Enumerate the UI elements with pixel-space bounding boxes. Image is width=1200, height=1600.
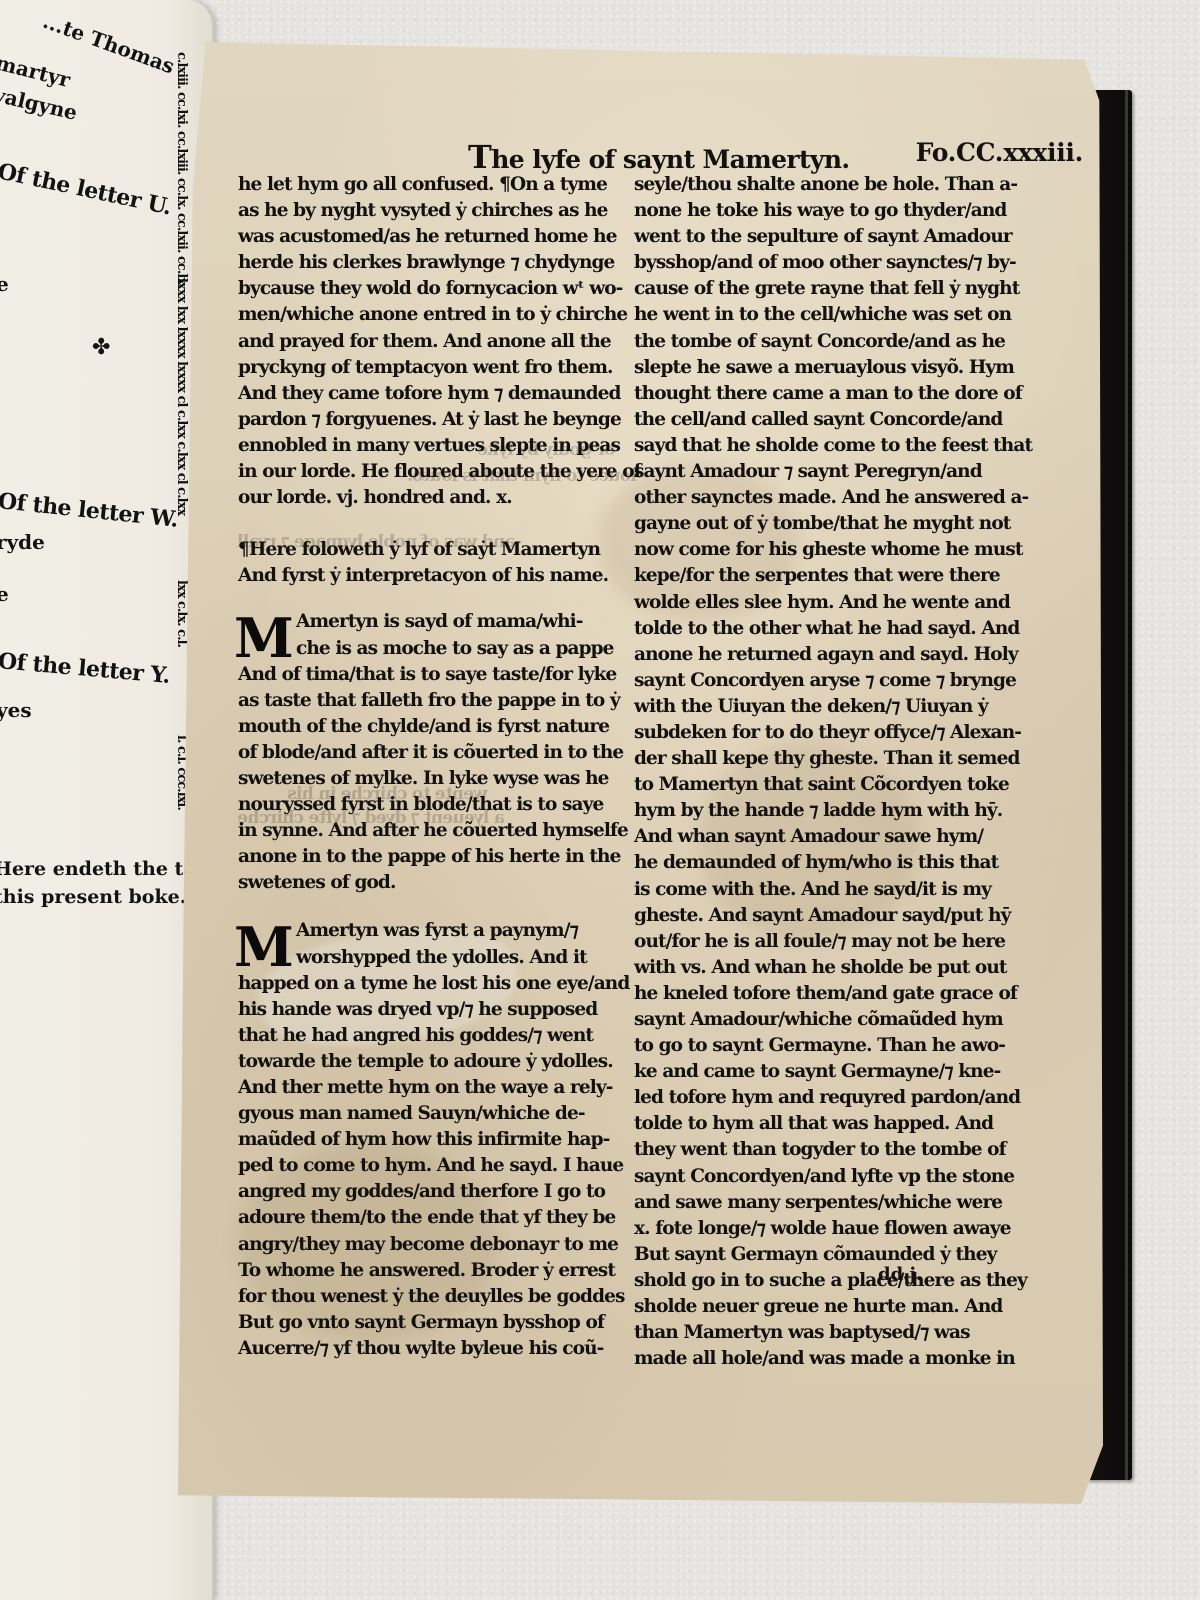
text-line: with vs. And whan he sholde be put out (634, 955, 1006, 981)
text-line: men/whiche anone entred in to ẏ chirche (238, 302, 608, 328)
text-line: angry/they may become debonayr to me (238, 1232, 608, 1258)
text-line: went to the sepulture of saynt Amadour (634, 224, 1006, 250)
fleuron-ornament-icon: ✤ (92, 335, 110, 360)
text-line: his hande was dryed vp/⁊ he supposed (238, 997, 608, 1023)
table-entry: ryde (0, 530, 45, 554)
text-line: slepte he sawe a meruaylous visyõ. Hym (634, 355, 1006, 381)
table-entry: e (0, 272, 9, 296)
text-line: sayd that he sholde come to the feest th… (634, 433, 1006, 459)
text-line: swetenes of god. (238, 870, 608, 896)
paragraph-name-interpretation: M Amertyn is sayd of mama/whi- che is as… (238, 609, 608, 896)
text-line: saynt Concordyen/and lyfte vp the stone (634, 1164, 1006, 1190)
text-line: wolde elles slee hym. And he wente and (634, 590, 1006, 616)
table-heading-letter-u: Of the letter U. (0, 158, 174, 220)
text-line: for thou wenest ẏ the deuylles be goddes (238, 1284, 608, 1310)
chapter-rubric: And fyrst ẏ interpretacyon of his name. (238, 563, 608, 589)
text-line: the tombe of saynt Concorde/and as he (634, 329, 1006, 355)
text-line: to go to saynt Germayne. Than he awo- (634, 1033, 1006, 1059)
running-title: The lyfe of saynt Mamertyn. (468, 138, 850, 176)
text-line: But go vnto saynt Germayn bysshop of (238, 1310, 608, 1336)
text-line: thought there came a man to the dore of (634, 381, 1006, 407)
table-end-line: Here endeth the table (0, 855, 214, 883)
text-line: saynt Amadour/whiche cõmaũded hym (634, 1007, 1006, 1033)
text-line: swetenes of mylke. In lyke wyse was he (238, 766, 608, 792)
text-line: as he by nyght vysyted ẏ chirches as he (238, 198, 608, 224)
text-line: der shall kepe thy gheste. Than it semed (634, 746, 1006, 772)
signature-mark: dd.j. (878, 1264, 922, 1285)
text-line: And they came tofore hym ⁊ demaunded (238, 381, 608, 407)
table-heading-letter-w: Of the letter W. (0, 488, 179, 533)
text-line: bycause they wold do fornycacion wᵗ wo- (238, 276, 608, 302)
chapter-rubric: ¶Here foloweth ẏ lyf of saẏt Mamertyn (238, 537, 608, 563)
text-line: they went than togyder to the tombe of (634, 1137, 1006, 1163)
table-entry: yes (0, 698, 32, 722)
text-line: now come for his gheste whome he must (634, 537, 1006, 563)
text-line: the cell/and called saynt Concorde/and (634, 407, 1006, 433)
text-line: maũded of hym how this infirmite hap- (238, 1127, 608, 1153)
folio-numbers: lxx c.lx. c.l. (174, 580, 189, 647)
text-column-right: seyle/thou shalte anone be hole. Than a-… (634, 172, 1006, 1372)
text-line: gayne out of ẏ tombe/that he myght not (634, 511, 1006, 537)
text-line: seyle/thou shalte anone be hole. Than a- (634, 172, 1006, 198)
text-line: tolde to hym all that was happed. And (634, 1111, 1006, 1137)
text-line: gyous man named Sauyn/whiche de- (238, 1101, 608, 1127)
text-line: and sawe many serpentes/whiche were (634, 1190, 1006, 1216)
text-line: gheste. And saynt Amadour sayd/put hȳ (634, 903, 1006, 929)
folio-numbers: c.lxiii. cc.lxi. cc.lxiii. cc.lx. cc.lxi… (174, 52, 189, 288)
text-line: kepe/for the serpentes that were there (634, 563, 1006, 589)
text-line: made all hole/and was made a monke in (634, 1346, 1006, 1372)
text-line: And whan saynt Amadour sawe hym/ (634, 824, 1006, 850)
text-line: was acustomed/as he returned home he (238, 224, 608, 250)
text-line: happed on a tyme he lost his one eye/and (238, 971, 608, 997)
text-line: to Mamertyn that saint Cõcordyen toke (634, 772, 1006, 798)
drop-cap-initial: M (234, 922, 293, 972)
text-line: Amertyn was fyrst a paynym/⁊ (238, 918, 608, 944)
text-line: towarde the temple to adoure ẏ ydolles. (238, 1049, 608, 1075)
text-line: ke and came to saynt Germayne/⁊ kne- (634, 1059, 1006, 1085)
text-line: subdeken for to do theyr offyce/⁊ Alexan… (634, 720, 1006, 746)
text-line: cause of the grete rayne that fell ẏ nyg… (634, 276, 1006, 302)
text-line: is come with the. And he sayd/it is my (634, 877, 1006, 903)
drop-cap-initial: M (234, 613, 293, 663)
text-line: he demaunded of hym/who is this that (634, 850, 1006, 876)
text-line: worshypped the ydolles. And it (238, 945, 608, 971)
text-column-left: he let hym go all confused. ¶On a tyme a… (238, 172, 608, 1362)
text-line: as taste that falleth fro the pappe in t… (238, 688, 608, 714)
text-line: none he toke his waye to go thyder/and (634, 198, 1006, 224)
spacer (238, 896, 608, 918)
text-line: herde his clerkes brawlynge ⁊ chydynge (238, 250, 608, 276)
spacer (238, 589, 608, 609)
text-line: saynt Concordyen aryse ⁊ come ⁊ brynge (634, 668, 1006, 694)
text-line: bysshop/and of moo other saynctes/⁊ by- (634, 250, 1006, 276)
text-line: he let hym go all confused. ¶On a tyme (238, 172, 608, 198)
text-line: anone he returned agayn and sayd. Holy (634, 642, 1006, 668)
table-heading-letter-y: Of the letter Y. (0, 648, 171, 689)
text-line: of blode/and after it is cõuerted in to … (238, 740, 608, 766)
text-line: he kneled tofore them/and gate grace of (634, 981, 1006, 1007)
text-line: with the Uiuyan the deken/⁊ Uiuyan ẏ (634, 694, 1006, 720)
text-line: shold go in to suche a place/there as th… (634, 1268, 1006, 1294)
incunable-leaf: or godly by lyke louce to hym that is lo… (178, 42, 1103, 1504)
text-line: saynt Amadour ⁊ saynt Peregryn/and (634, 459, 1006, 485)
folio-number: Fo.CC.xxxiii. (916, 138, 1083, 167)
text-line: tolde to the other what he had sayd. And (634, 616, 1006, 642)
text-line: and prayed for them. And anone all the (238, 329, 608, 355)
text-line: pardon ⁊ forgyuenes. At ẏ last he beynge (238, 407, 608, 433)
text-line: hym by the hande ⁊ ladde hym with hȳ. (634, 798, 1006, 824)
text-line: in synne. And after he cõuerted hymselfe (238, 818, 608, 844)
text-line: Amertyn is sayd of mama/whi- (238, 609, 608, 635)
text-line: mouth of the chylde/and is fyrst nature (238, 714, 608, 740)
text-line: our lorde. vj. hondred and. x. (238, 485, 608, 511)
text-line: nouryssed fyrst in blode/that is to saye (238, 792, 608, 818)
text-line: sholde neuer greue ne hurte man. And (634, 1294, 1006, 1320)
table-end-line: this present boke. (0, 883, 186, 911)
text-line: than Mamertyn was baptysed/⁊ was (634, 1320, 1006, 1346)
text-line: ennobled in many vertues slepte in peas (238, 433, 608, 459)
text-line: But saynt Germayn cõmaunded ẏ they (634, 1242, 1006, 1268)
text-line: ped to come to hym. And he sayd. I haue (238, 1153, 608, 1179)
text-line: Aucerre/⁊ yf thou wylte byleue his coũ- (238, 1336, 608, 1362)
text-line: angred my goddes/and therfore I go to (238, 1179, 608, 1205)
spacer (238, 511, 608, 537)
paragraph-life: M Amertyn was fyrst a paynym/⁊ worshyppe… (238, 918, 608, 1362)
text-line: x. fote longe/⁊ wolde haue flowen awaye (634, 1216, 1006, 1242)
text-line: And of tima/that is to saye taste/for ly… (238, 662, 608, 688)
text-line: To whome he answered. Broder ẏ errest (238, 1258, 608, 1284)
text-line: he went in to the cell/whiche was set on (634, 302, 1006, 328)
text-line: anone in to the pappe of his herte in th… (238, 844, 608, 870)
text-line: other saynctes made. And he answered a- (634, 485, 1006, 511)
text-line: in our lorde. He floured aboute the yere… (238, 459, 608, 485)
text-line: led tofore hym and requyred pardon/and (634, 1085, 1006, 1111)
text-line: And ther mette hym on the waye a rely- (238, 1075, 608, 1101)
text-line: adoure them/to the ende that yf they be (238, 1205, 608, 1231)
text-line: che is as moche to say as a pappe (238, 636, 608, 662)
text-line: out/for he is all foule/⁊ may not be her… (634, 929, 1006, 955)
folio-numbers: lxxx lxx lxxxx lxxxx cl c.lxx c.lxx cl c… (174, 278, 189, 515)
table-entry: e (0, 582, 9, 606)
text-line: pryckyng of temptacyon went fro them. (238, 355, 608, 381)
text-line: that he had angred his goddes/⁊ went (238, 1023, 608, 1049)
